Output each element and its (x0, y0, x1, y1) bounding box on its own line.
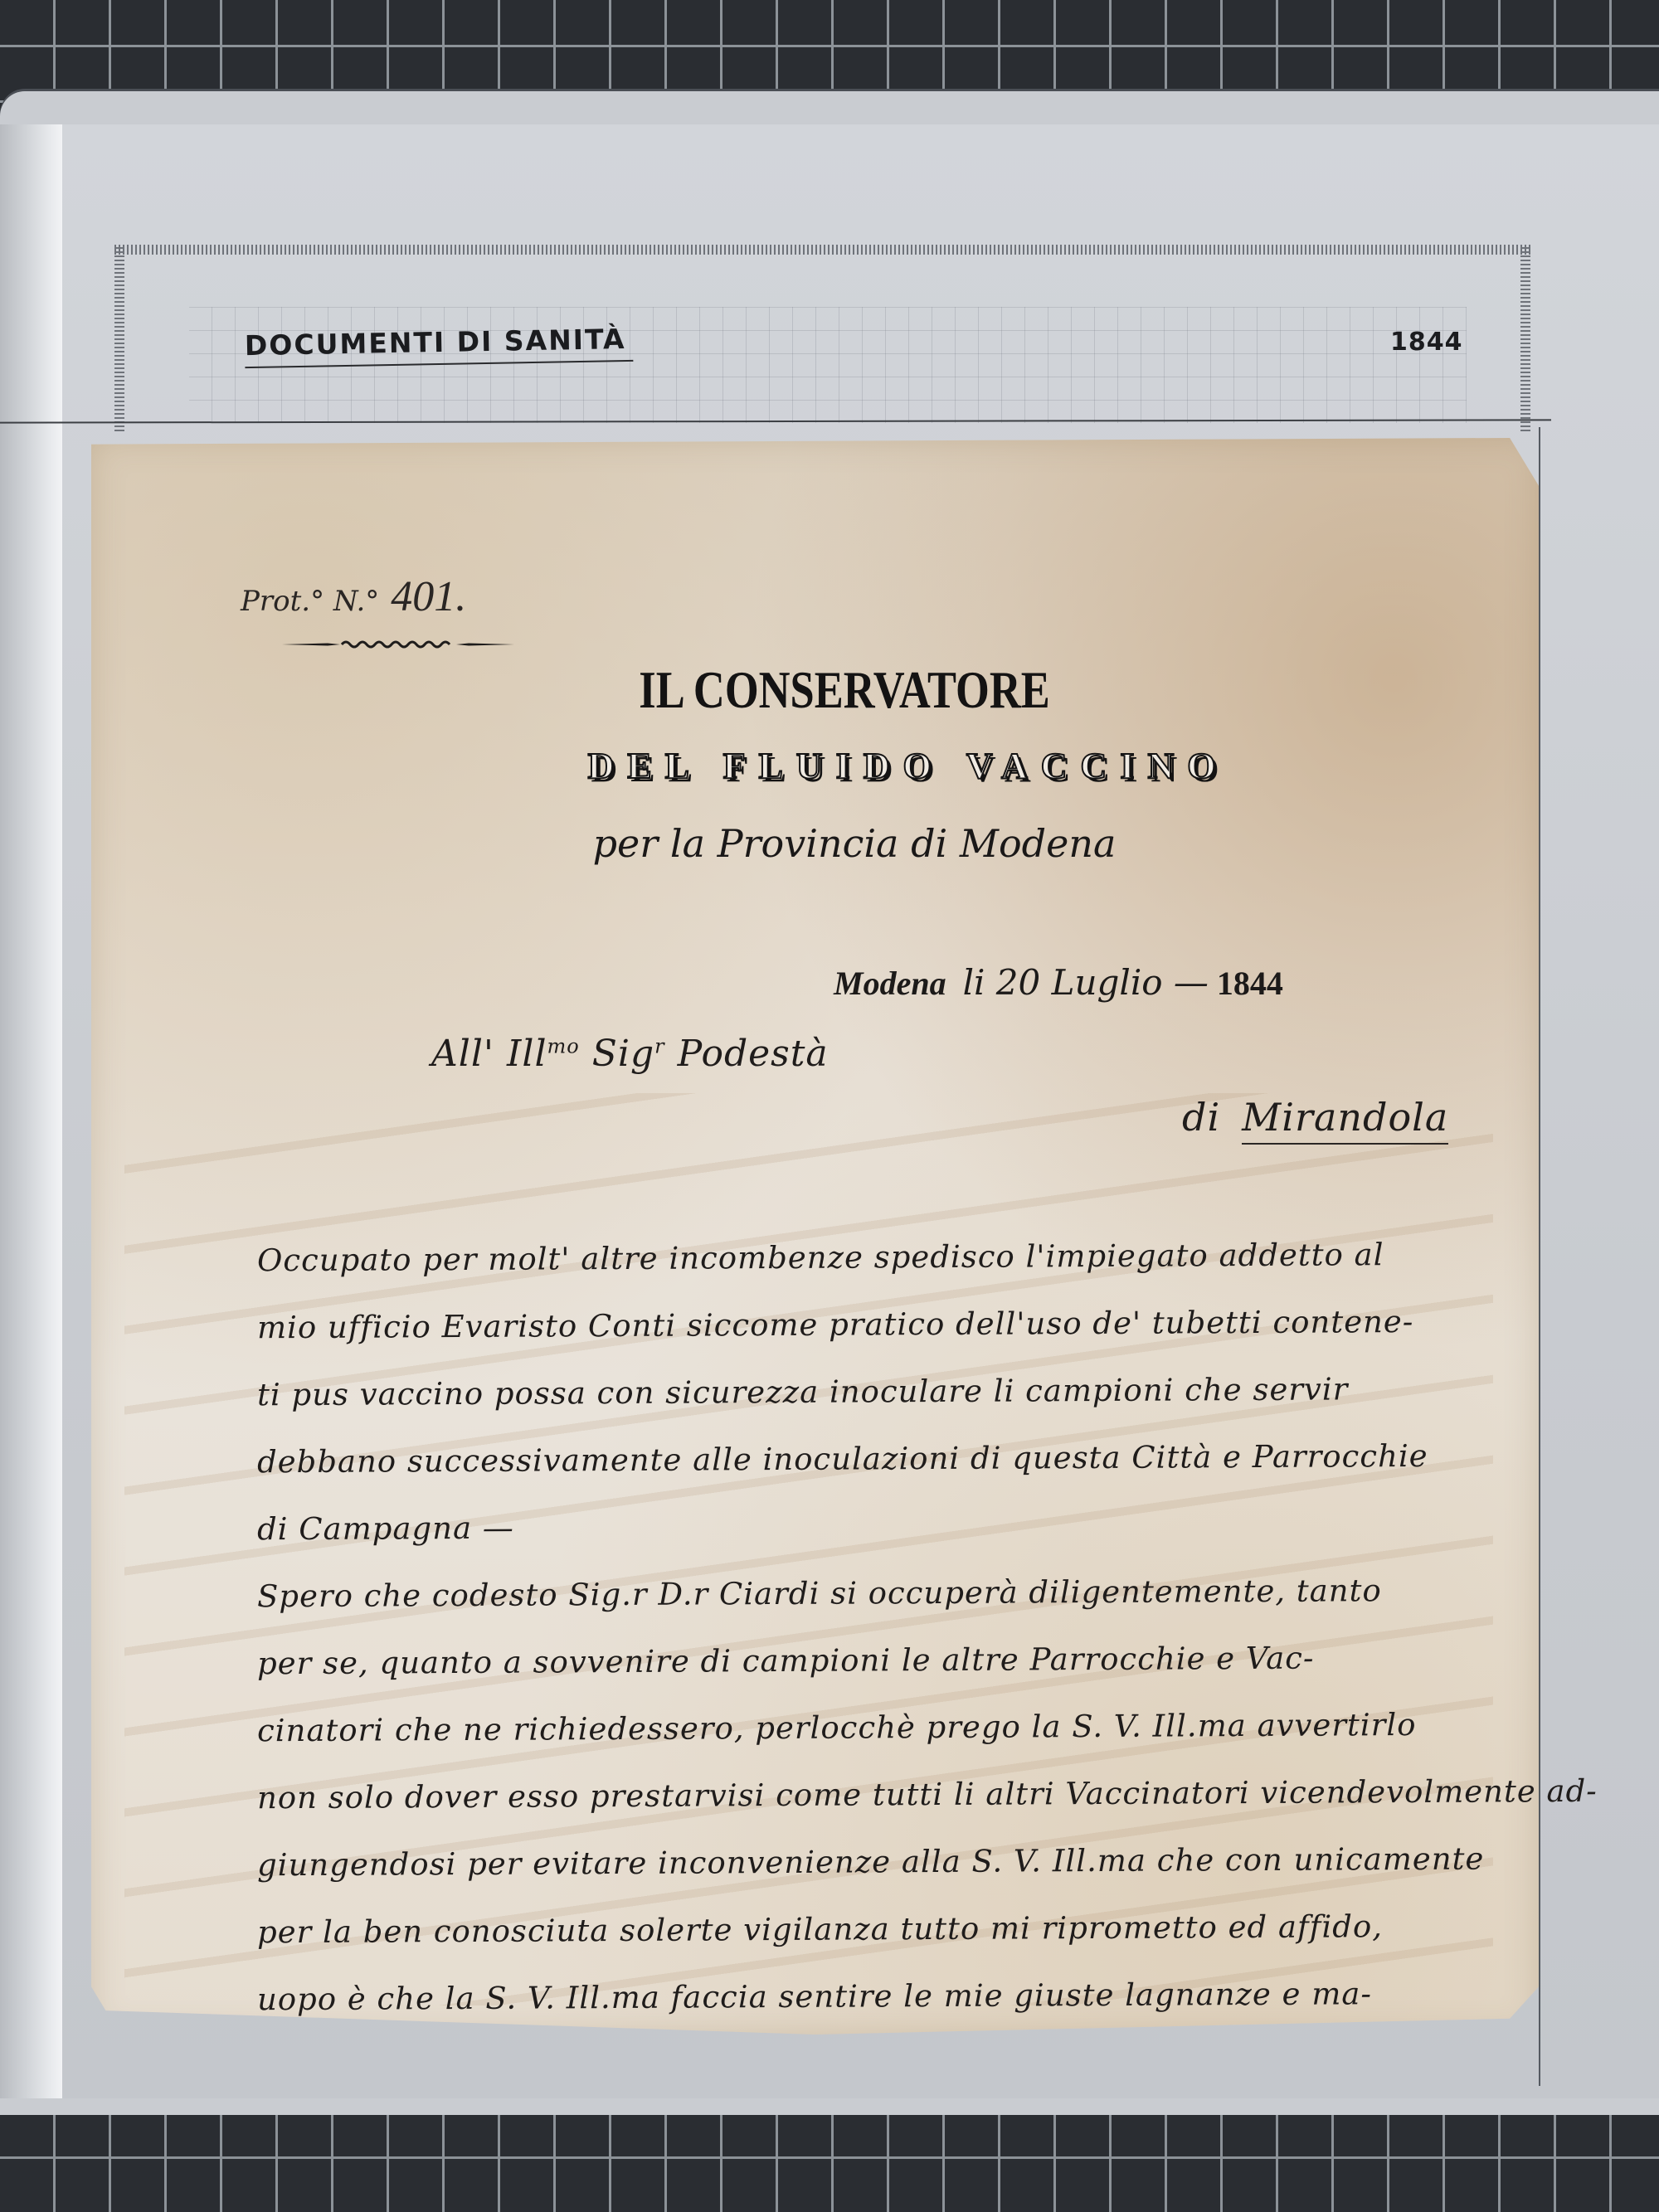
binder-edge (0, 124, 62, 2098)
dateline-date: li 20 Luglio — (963, 962, 1209, 1003)
dateline-year: 1844 (1217, 965, 1283, 1002)
letterhead-title: IL CONSERVATORE (164, 659, 1525, 721)
body-line: giungendosi per evitare inconvenienze al… (257, 1825, 1618, 1899)
protocol-number: Prot.° N.°401. (241, 572, 466, 621)
body-line: ti pus vaccino possa con sicurezza inocu… (257, 1354, 1618, 1429)
body-line: di Campagna — (257, 1489, 1618, 1563)
letterhead-province: per la Provincia di Modena (0, 821, 1659, 866)
ornament-rule-icon (282, 640, 514, 649)
body-line: Spero che codesto Sig.r D.r Ciardi si oc… (257, 1556, 1618, 1631)
body-line: debbano successivamente alle inoculazion… (257, 1422, 1618, 1496)
letterhead-subtitle: DEL FLUIDO VACCINO (0, 745, 1659, 787)
addressee-title-sup: r (654, 1034, 664, 1057)
protocol-value: 401. (391, 573, 466, 620)
dateline-place: Modena (834, 965, 946, 1002)
location-place: Mirandola (1242, 1095, 1448, 1145)
body-line: non solo dover esso prestarvisi come tut… (257, 1757, 1618, 1832)
body-line: uopo è che la S. V. Ill.ma faccia sentir… (257, 1959, 1618, 2034)
body-line: per la ben conosciuta solerte vigilanza … (257, 1892, 1618, 1966)
body-line: Occupato per molt' altre incombenze sped… (257, 1220, 1618, 1295)
dateline: Modenali 20 Luglio —1844 (834, 962, 1283, 1003)
album-page-title: DOCUMENTI DI SANITÀ (245, 323, 633, 368)
location-prefix: di (1182, 1095, 1220, 1140)
body-line: per se, quanto a sovvenire di campioni l… (257, 1623, 1618, 1698)
addressee-title: Sig (592, 1033, 654, 1075)
addressee-office: Podestà (678, 1033, 829, 1075)
addressee-salutation: All' Ill (431, 1033, 547, 1075)
album-page-year: 1844 (1390, 328, 1463, 357)
protocol-label: Prot.° N.° (241, 585, 379, 618)
body-line: cinatori che ne richiedessero, perlocchè… (257, 1690, 1618, 1765)
addressee-salutation-sup: mo (547, 1034, 580, 1057)
addressee-location: diMirandola (1182, 1095, 1448, 1140)
addressee: All' Illmo Sigr Podestà (431, 1033, 829, 1075)
body-line: mio ufficio Evaristo Conti siccome prati… (257, 1287, 1618, 1362)
letter-body: Occupato per molt' altre incombenze sped… (257, 1223, 1618, 2030)
